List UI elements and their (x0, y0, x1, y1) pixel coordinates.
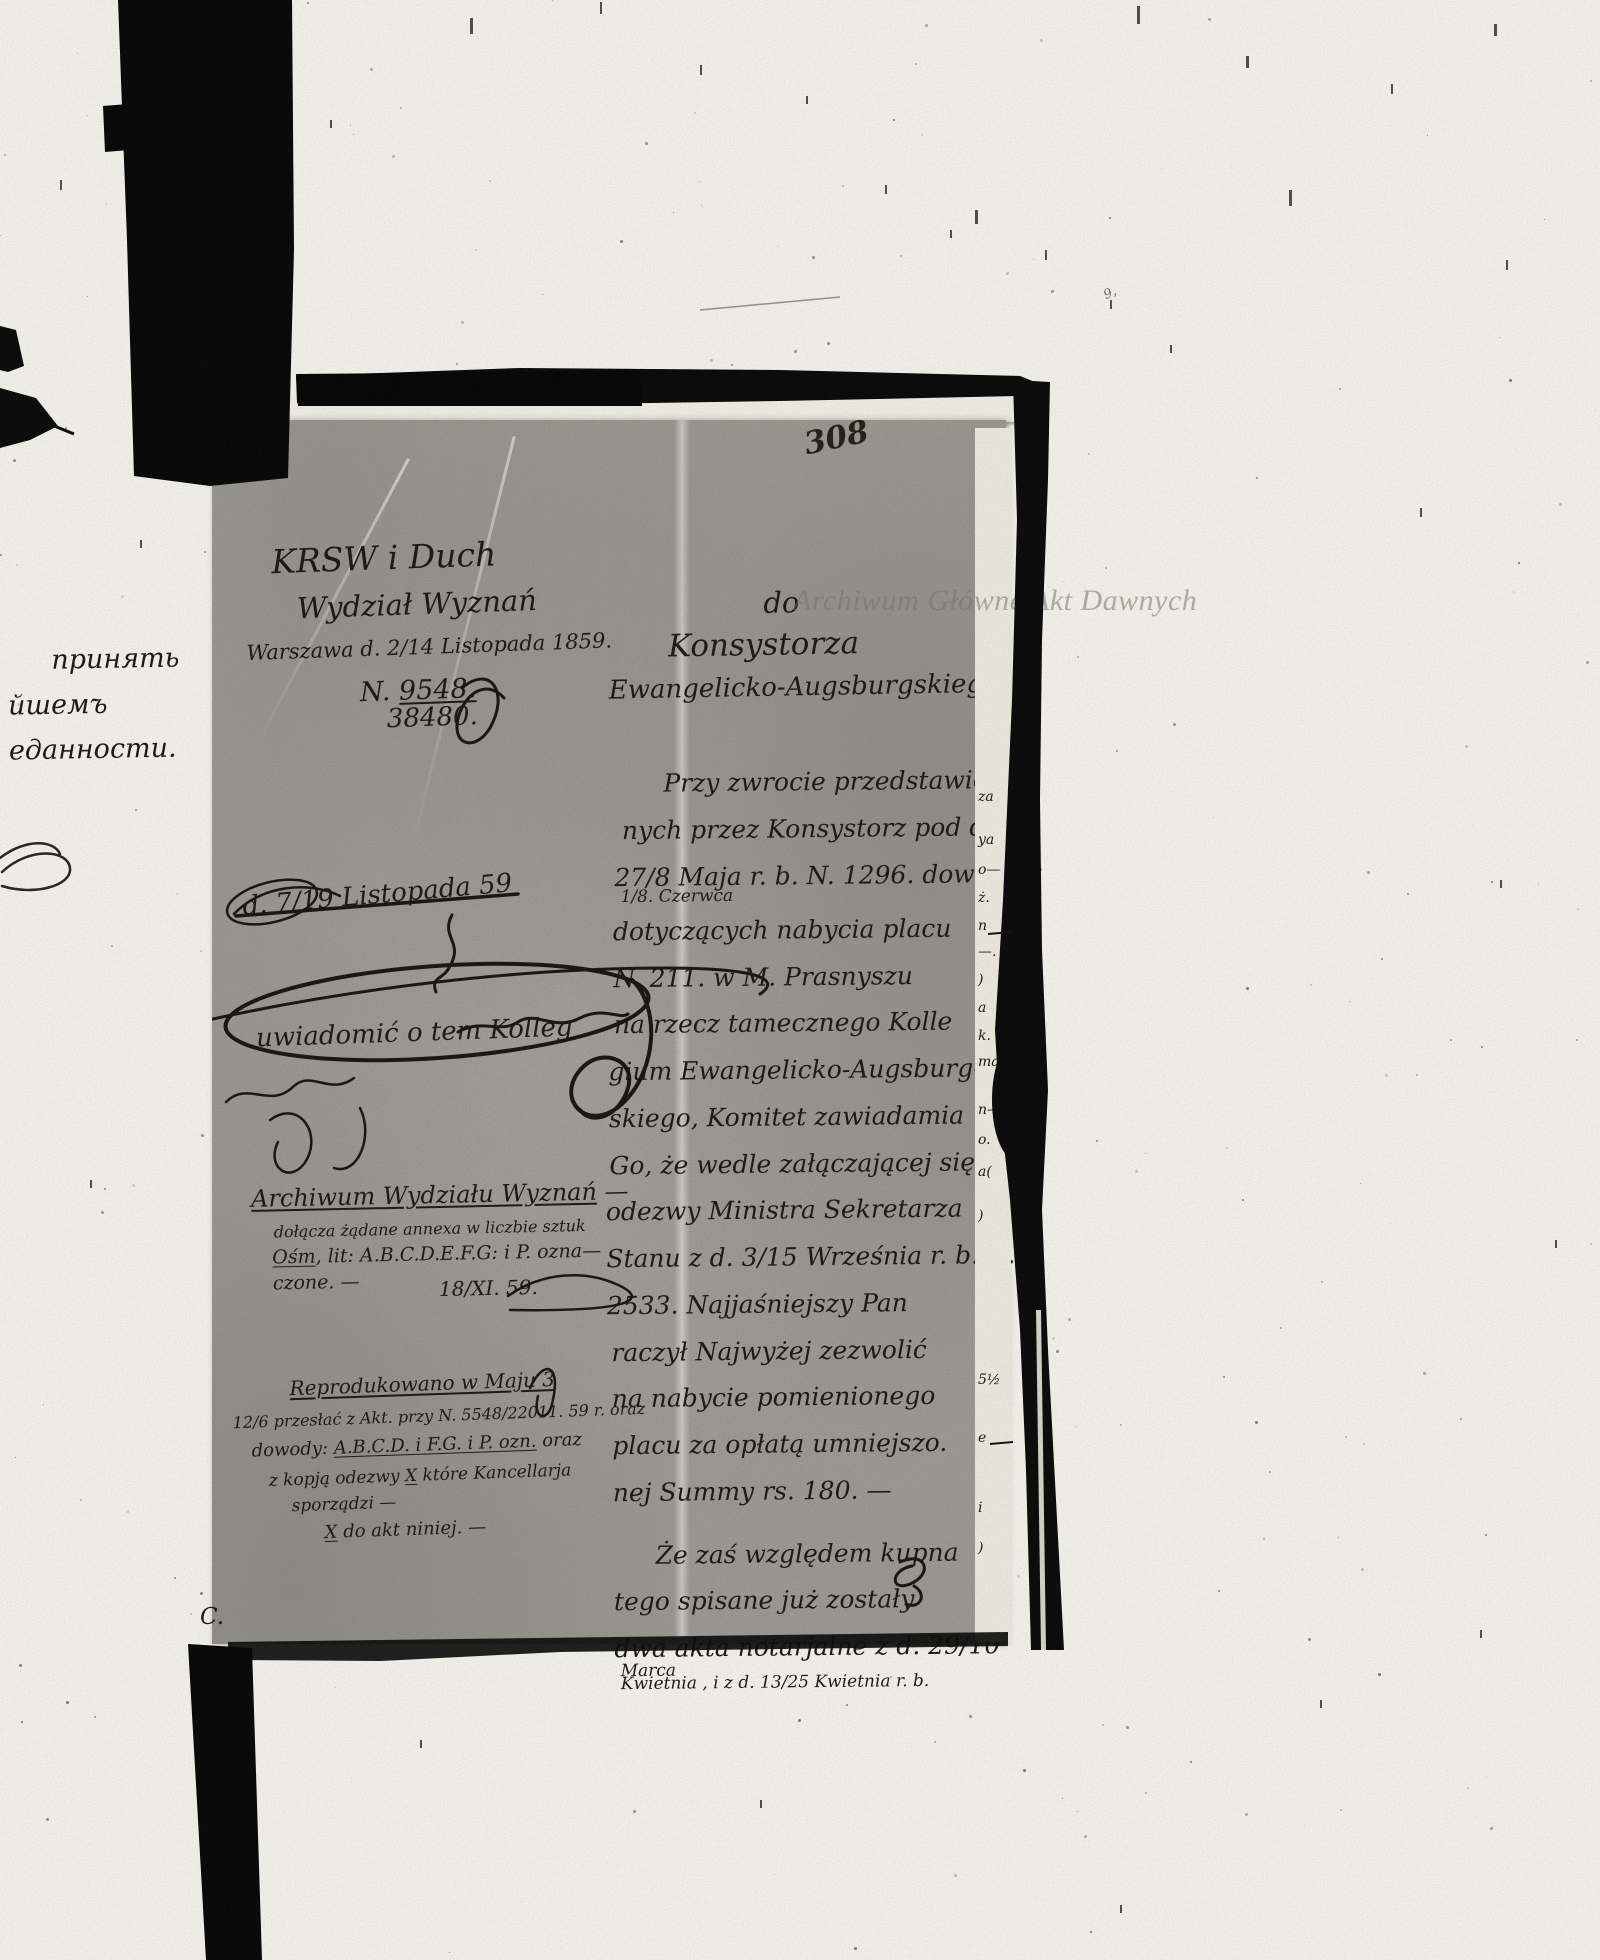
edge-text-fragments: zayao—ż.n—.)ak.man—o.a()5½ei) (978, 790, 1008, 1555)
film-dash (470, 18, 473, 34)
speck (0, 554, 2, 556)
speck (1213, 817, 1214, 818)
speck (1102, 1724, 1104, 1726)
speck (127, 1511, 129, 1513)
speck (1173, 723, 1176, 726)
speck (132, 1184, 135, 1187)
film-wedge-left (0, 388, 58, 448)
speck (1338, 1537, 1339, 1538)
speck (798, 1719, 801, 1722)
speck (812, 256, 815, 259)
speck (16, 564, 18, 566)
speck (182, 406, 185, 409)
edge-fragment: o— (978, 863, 1008, 877)
speck (1223, 1376, 1225, 1378)
film-dash (1137, 6, 1140, 24)
film-dash (975, 210, 978, 224)
film-dash (700, 65, 702, 75)
speck (353, 134, 354, 135)
top-edge-register-note (278, 394, 498, 427)
speck (1423, 1372, 1426, 1375)
speck (1481, 1046, 1483, 1048)
edge-fragment: —. (978, 945, 1008, 959)
film-dash (1320, 1700, 1322, 1708)
speck (80, 1499, 82, 1501)
speck (1145, 1153, 1146, 1154)
film-dash (1391, 84, 1393, 94)
speck (111, 945, 113, 947)
speck (1084, 1835, 1087, 1838)
speck (552, 0, 553, 1)
speck (1263, 1538, 1265, 1540)
speck (106, 203, 107, 204)
edge-fragment: za (978, 790, 1008, 804)
edge-fragment: a (978, 1001, 1008, 1015)
edge-fragment: 5½ (978, 1373, 1008, 1387)
speck (1096, 1140, 1098, 1142)
speck (87, 296, 88, 297)
film-dash (90, 1180, 92, 1188)
speck (252, 84, 254, 86)
speck (1245, 1813, 1248, 1816)
speck (1145, 1792, 1147, 1794)
speck (77, 53, 78, 54)
film-dash (760, 1800, 762, 1808)
speck (1056, 1350, 1059, 1353)
film-dash (140, 540, 142, 548)
speck (1255, 1421, 1258, 1424)
speck (135, 809, 137, 811)
film-dash (330, 120, 332, 128)
speck (1427, 135, 1428, 136)
speck (121, 595, 124, 598)
speck (170, 7, 171, 8)
speck (925, 24, 928, 27)
speck (1208, 18, 1211, 21)
speck (461, 321, 464, 324)
speck (475, 249, 477, 251)
speck (1576, 1039, 1578, 1041)
speck (731, 364, 733, 366)
speck (1450, 1039, 1452, 1041)
speck (1499, 337, 1500, 338)
film-dash (1420, 508, 1422, 517)
edge-fragment: ) (978, 1541, 1008, 1555)
speck (1033, 259, 1034, 260)
speck (400, 107, 402, 109)
film-dash (420, 1740, 422, 1748)
speck (1590, 1243, 1592, 1245)
speck (1135, 1170, 1138, 1173)
edge-fragment: k. (978, 1029, 1008, 1043)
film-dash (1500, 880, 1502, 888)
speck (1246, 987, 1249, 990)
speck (1226, 1147, 1228, 1149)
speck (46, 1818, 49, 1821)
speck (1490, 1827, 1493, 1830)
speck (699, 181, 700, 182)
film-dash (1246, 56, 1249, 68)
speck (1345, 1436, 1347, 1438)
speck (1269, 1471, 1271, 1473)
edge-fragment: ) (978, 1209, 1008, 1223)
cyrillic-flourish (0, 826, 120, 906)
speck (104, 1188, 106, 1190)
speck (1586, 661, 1589, 664)
speck (1559, 503, 1562, 506)
speck (854, 1947, 857, 1950)
speck (1062, 581, 1063, 582)
speck (215, 1773, 217, 1775)
speck (138, 868, 139, 869)
speck (1378, 1673, 1381, 1676)
speck (94, 1716, 96, 1718)
cyrillic-note-line: принять (51, 643, 180, 676)
cyrillic-note-line: еданности. (9, 733, 182, 767)
speck (1538, 884, 1539, 885)
speck (66, 1701, 69, 1704)
speck (140, 297, 143, 300)
film-dash (1120, 1905, 1122, 1913)
edge-fragment: i (978, 1501, 1008, 1515)
speck (794, 350, 797, 353)
edge-fragment: ma (978, 1055, 1008, 1069)
speck (846, 1704, 848, 1706)
speck (1052, 1337, 1055, 1340)
speck (87, 115, 88, 116)
film-dash (1170, 345, 1172, 353)
speck (190, 1613, 192, 1615)
film-bar-top-left-notch (103, 104, 130, 152)
speck (1090, 1931, 1092, 1933)
film-dash (60, 180, 62, 190)
speck (1088, 453, 1090, 455)
speck (1308, 1638, 1311, 1641)
film-dash (1289, 190, 1292, 206)
film-dash (885, 185, 887, 194)
speck (1465, 745, 1468, 748)
speck (1595, 410, 1596, 411)
film-dash (950, 230, 952, 238)
film-scan-canvas: принятьйшемъеданности. 308 KRSW i DuchWy… (0, 0, 1600, 1960)
speck (778, 246, 779, 247)
film-dash (1506, 260, 1508, 270)
speck (1381, 958, 1383, 960)
edge-fragment: n (978, 919, 1008, 933)
speck (1513, 591, 1515, 593)
speck (1321, 1281, 1323, 1283)
edge-fragment: a( (978, 1165, 1008, 1179)
film-dash (600, 2, 602, 14)
speck (1367, 871, 1370, 874)
edge-fragment: o. (978, 1133, 1008, 1147)
edge-fragment: ) (978, 973, 1008, 987)
speck (1577, 908, 1579, 910)
speck (21, 1721, 23, 1723)
speck (1023, 1769, 1026, 1772)
speck (1361, 1568, 1364, 1571)
speck (1407, 893, 1409, 895)
speck (1077, 656, 1079, 658)
speck (1467, 1787, 1469, 1789)
speck (1109, 217, 1111, 219)
film-dash (1045, 250, 1047, 260)
speck (251, 1762, 254, 1765)
speck (174, 1577, 176, 1579)
speck (1590, 80, 1592, 82)
speck (1075, 1426, 1076, 1427)
speck (934, 1741, 936, 1743)
speck (620, 240, 623, 243)
speck (1385, 1074, 1388, 1077)
speck (200, 1592, 203, 1595)
speck (242, 1725, 243, 1726)
speck (197, 1674, 199, 1676)
speck (726, 371, 727, 372)
speck (0, 235, 1, 236)
speck (915, 63, 917, 65)
speck (1105, 567, 1107, 569)
speck (1256, 477, 1258, 479)
speck (1416, 1074, 1418, 1076)
speck (827, 342, 830, 345)
speck (1518, 562, 1520, 564)
speck (1310, 984, 1312, 986)
film-dash (1555, 1240, 1557, 1248)
speck (1062, 1798, 1063, 1799)
film-dash (1494, 24, 1497, 36)
speck (1077, 1811, 1078, 1812)
film-dash (1480, 1630, 1482, 1638)
speck (1578, 614, 1579, 615)
speck (710, 359, 713, 362)
speck (1242, 1199, 1244, 1201)
speck (645, 142, 648, 145)
speck (694, 112, 696, 114)
speck (489, 180, 491, 182)
speck (201, 335, 202, 336)
film-bar-bottom-left (188, 1644, 262, 1960)
film-dash (806, 96, 808, 104)
speck (1006, 272, 1009, 275)
speck (1190, 1761, 1192, 1763)
speck (335, 1687, 336, 1688)
edge-fragment: ya (978, 833, 1008, 847)
speck (893, 119, 895, 121)
speck (43, 1404, 44, 1405)
speck (1218, 1590, 1220, 1592)
edge-fragment: n— (978, 1103, 1008, 1117)
speck (392, 155, 395, 158)
speck (842, 185, 844, 187)
speck (633, 1810, 636, 1813)
speck (1172, 791, 1173, 792)
corner-letter-mark: C. (200, 1604, 224, 1630)
archive-watermark: Archiwum Główne Akt Dawnych (793, 584, 1197, 618)
speck (1058, 1598, 1059, 1599)
speck (449, 1952, 450, 1953)
speck (13, 459, 16, 462)
speck (1340, 1809, 1342, 1811)
speck (65, 427, 67, 429)
film-wedge-left-2 (0, 326, 24, 372)
speck (350, 125, 351, 126)
speck (4, 154, 6, 156)
speck (1068, 1318, 1071, 1321)
speck (176, 893, 178, 895)
speck (252, 208, 255, 211)
speck (370, 68, 373, 71)
speck (1509, 379, 1512, 382)
speck (1491, 881, 1493, 883)
speck (1349, 1001, 1350, 1002)
hairline-scratch (700, 297, 840, 310)
speck (1116, 750, 1118, 752)
speck (298, 391, 301, 394)
speck (1051, 290, 1054, 293)
speck (467, 1653, 469, 1655)
speck (1120, 1424, 1122, 1426)
speck (1126, 1726, 1129, 1729)
speck (200, 950, 202, 952)
speck (1363, 1443, 1365, 1445)
speck (1161, 1457, 1162, 1458)
cyrillic-note-line: йшемъ (8, 688, 181, 722)
speck (969, 1715, 972, 1718)
speck (900, 255, 902, 257)
film-streak-left (0, 404, 74, 434)
speck (774, 1874, 775, 1875)
speck (1040, 39, 1043, 42)
speck (1486, 1777, 1487, 1778)
speck (101, 1211, 104, 1214)
speck (1485, 1534, 1487, 1536)
speck (542, 294, 543, 295)
speck (954, 1874, 957, 1877)
cyrillic-margin-note: принятьйшемъеданности. (7, 629, 181, 767)
speck (701, 205, 702, 206)
edge-fragment: ż. (978, 891, 1008, 905)
speck (15, 1457, 16, 1458)
manuscript-line: Kwietnia , i z d. 13/25 Kwietnia r. b. (621, 1671, 1045, 1695)
speck (734, 375, 736, 377)
speck (307, 2, 309, 4)
speck (19, 1664, 22, 1667)
speck (1339, 388, 1341, 390)
speck (673, 212, 674, 213)
stray-ink-mark: 9, (1101, 284, 1119, 303)
speck (921, 134, 923, 136)
speck (201, 1134, 204, 1137)
speck (1460, 1418, 1462, 1420)
speck (1544, 219, 1545, 220)
speck (204, 551, 206, 553)
speck (1360, 1183, 1361, 1184)
speck (1180, 315, 1181, 316)
edge-fragment: e (978, 1431, 1008, 1445)
speck (456, 363, 458, 365)
speck (1280, 1327, 1282, 1329)
